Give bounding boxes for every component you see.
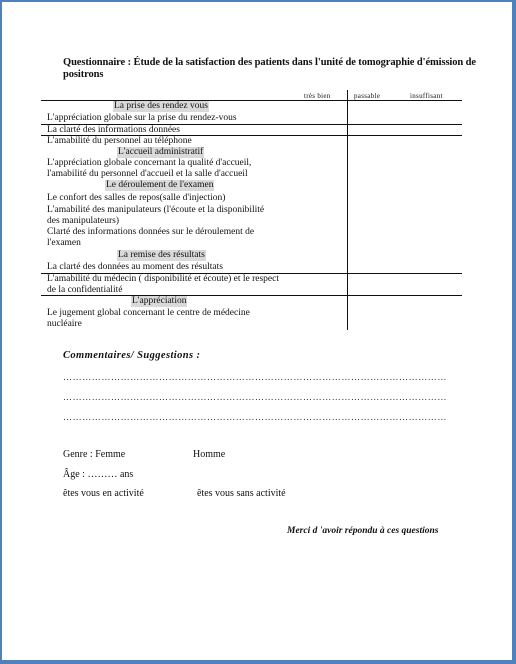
section-heading: L'appréciation [131, 296, 187, 307]
comment-line[interactable]: …………………………………………………………………………………………………………… [63, 392, 448, 402]
question-row: L'amabilité du médecin ( disponibilité e… [47, 274, 283, 295]
question-row: L'appréciation globale sur la prise du r… [47, 113, 307, 124]
question-row: L'amabilité du personnel au téléphone [47, 136, 287, 147]
rating-table: très bien passable insuffisant La prise … [41, 90, 462, 332]
section-heading: La remise des résultats [117, 250, 206, 261]
age-field: Âge : ……… ans [63, 469, 133, 480]
header-rule [41, 100, 462, 101]
gender-femme: Genre : Femme [63, 449, 125, 460]
question-row: La clarté des informations données [47, 125, 287, 136]
section-heading: La prise des rendez vous [113, 101, 209, 112]
comment-line[interactable]: …………………………………………………………………………………………………………… [63, 412, 448, 422]
question-row: Le confort des salles de repos(salle d'i… [47, 193, 297, 204]
gender-homme: Homme [193, 449, 225, 460]
question-row: La clarté des données au moment des résu… [47, 262, 297, 273]
column-header-passable: passable [354, 92, 380, 100]
comment-line[interactable]: …………………………………………………………………………………………………………… [63, 372, 448, 382]
document-title: Questionnaire : Étude de la satisfaction… [63, 57, 483, 81]
row-rule [41, 295, 462, 296]
section-heading: Le déroulement de l'examen [105, 180, 214, 191]
thanks-note: Merci d 'avoir répondu à ces questions [287, 526, 438, 536]
section-heading: L'accueil administratif [117, 147, 204, 158]
activity-no: êtes vous sans activité [197, 488, 286, 499]
comments-label: Commentaires/ Suggestions : [63, 350, 200, 361]
column-header-tres-bien: très bien [304, 92, 331, 100]
column-header-insuffisant: insuffisant [410, 92, 443, 100]
activity-yes: êtes vous en activité [63, 488, 144, 499]
column-divider [347, 90, 348, 330]
question-row: L'appréciation globale concernant la qua… [47, 158, 283, 179]
question-row: L'amabilité des manipulateurs (l'écoute … [47, 205, 275, 226]
question-row: Clarté des informations données sur le d… [47, 227, 283, 248]
question-row: Le jugement global concernant le centre … [47, 308, 283, 329]
